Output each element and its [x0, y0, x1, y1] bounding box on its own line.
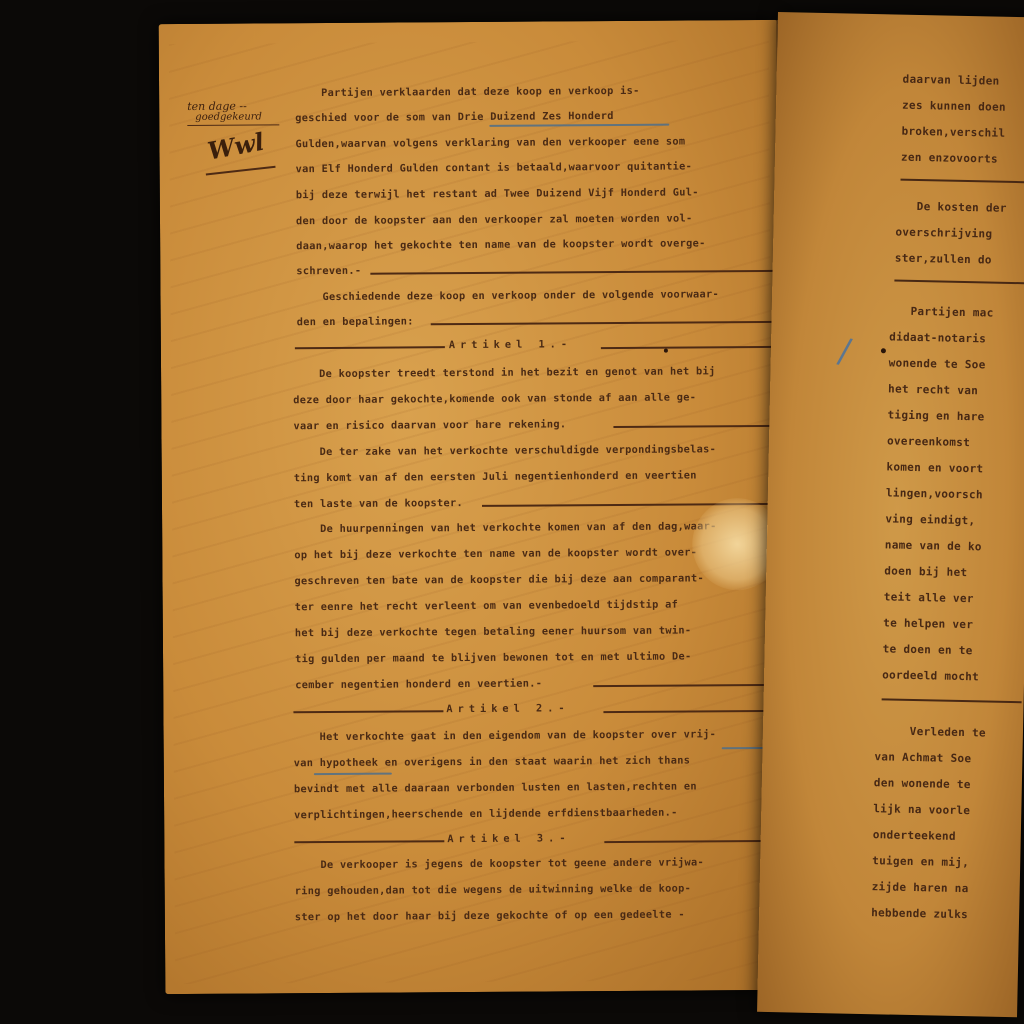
text-line: didaat-notaris	[889, 330, 986, 345]
text-line: teit alle ver	[884, 590, 974, 605]
text-line: te helpen ver	[883, 616, 973, 631]
text-line: cember negentien honderd en veertien.-	[295, 678, 542, 692]
text-line: tuigen en mij,	[872, 854, 969, 869]
text-line: Partijen mac	[890, 304, 994, 319]
text-line: wonende te Soe	[889, 356, 986, 371]
text-line: ster op het door haar bij deze gekochte …	[295, 909, 685, 924]
margin-initials-signature: Wwl	[205, 127, 266, 166]
text-line: overschrijving	[895, 226, 992, 241]
fill-rule	[431, 321, 776, 325]
text-line: het recht van	[888, 382, 978, 397]
heading-rule	[293, 710, 443, 713]
text-line: tig gulden per maand te blijven bewonen …	[295, 650, 692, 665]
text-line: onderteekend	[873, 828, 956, 843]
text-line: ring gehouden,dan tot die wegens de uitw…	[295, 882, 692, 897]
heading-rule	[294, 840, 444, 843]
ink-dot	[664, 349, 668, 353]
text-line: deze door haar gekochte,komende ook van …	[293, 391, 696, 406]
text-line: den wonende te	[874, 776, 971, 791]
fill-rule	[482, 503, 777, 507]
text-line: zes kunnen doen	[902, 99, 1006, 114]
blue-pencil-mark: /	[835, 331, 854, 372]
text-line: Partijen verklaarden dat deze koop en ve…	[295, 85, 640, 99]
text-line: den en bepalingen:	[297, 315, 414, 328]
fill-rule	[593, 684, 778, 687]
margin-note-underline	[187, 124, 279, 126]
text-line: lingen,voorsch	[886, 486, 983, 501]
text-line: schreven.-	[296, 265, 361, 277]
text-line: doen bij het	[884, 564, 967, 579]
text-line: De kosten der	[896, 200, 1007, 215]
text-line: ten laste van de koopster.	[294, 497, 463, 510]
text-line: De ter zake van het verkochte verschuldi…	[294, 443, 717, 458]
blue-pencil-underline	[722, 747, 764, 749]
fill-rule	[901, 179, 1024, 184]
text-line: broken,verschil	[901, 125, 1005, 140]
left-page: ten dage -- goedgekeurd Wwl Partijen ver…	[159, 20, 784, 994]
text-line: overeenkomst	[887, 434, 970, 449]
ink-dot	[881, 348, 886, 353]
article-1-heading: Artikel 1.-	[449, 338, 572, 351]
text-line: Gulden,waarvan volgens verklaring van de…	[295, 135, 685, 150]
text-line: ter eenre het recht verleent om van even…	[295, 599, 679, 614]
text-line: ving eindigt,	[885, 512, 975, 527]
text-line: te doen en te	[883, 642, 973, 657]
text-line: Geschiedende deze koop en verkoop onder …	[296, 288, 719, 303]
text-line: komen en voort	[886, 460, 983, 475]
text-line: den door de koopster aan den verkooper z…	[296, 212, 693, 227]
article-2-heading: Artikel 2.-	[446, 702, 569, 715]
text-line: De verkooper is jegens de koopster tot g…	[294, 856, 704, 871]
text-line: het bij deze verkochte tegen betaling ee…	[295, 624, 692, 639]
text-line: daarvan lijden	[902, 73, 999, 88]
text-line: vaar en risico daarvan voor hare rekenin…	[293, 418, 566, 432]
text-line: op het bij deze verkochte ten name van d…	[294, 546, 697, 561]
text-line: Verleden te	[889, 724, 986, 739]
heading-rule	[601, 346, 776, 349]
text-line: name van de ko	[885, 538, 982, 553]
text-line: hebbende zulks	[871, 906, 968, 921]
heading-rule	[603, 710, 778, 713]
text-line: geschied voor de som van Drie Duizend Ze…	[295, 110, 614, 124]
text-line: tiging en hare	[887, 408, 984, 423]
text-line: zen enzovoorts	[901, 151, 998, 166]
heading-rule	[604, 840, 779, 843]
text-line: verplichtingen,heerschende en lijdende e…	[294, 807, 678, 822]
text-line: daan,waarop het gekochte ten name van de…	[296, 237, 706, 252]
blue-pencil-underline	[314, 773, 392, 776]
fill-rule	[882, 698, 1022, 703]
article-3-heading: Artikel 3.-	[447, 832, 570, 845]
text-line: ting komt van af den eersten Juli negent…	[294, 469, 697, 484]
text-line: Het verkochte gaat in den eigendom van d…	[294, 728, 717, 743]
right-page: / daarvan lijden zes kunnen doen broken,…	[757, 12, 1024, 1017]
heading-rule	[295, 346, 445, 349]
blue-pencil-underline	[489, 124, 669, 127]
text-line: ster,zullen do	[895, 252, 992, 267]
text-line: zijde haren na	[872, 880, 969, 895]
text-line: bij deze terwijl het restant ad Twee Dui…	[296, 186, 699, 201]
signature-underline	[206, 166, 276, 175]
text-line: lijk na voorle	[873, 802, 970, 817]
text-line: van Elf Honderd Gulden contant is betaal…	[296, 160, 693, 175]
text-line: van hypotheek en overigens in den staat …	[294, 754, 691, 769]
fill-rule	[894, 279, 1024, 284]
text-line: De koopster treedt terstond in het bezit…	[293, 365, 716, 380]
text-line: oordeeld mocht	[882, 668, 979, 683]
fill-rule	[613, 425, 776, 428]
text-line: geschreven ten bate van de koopster die …	[294, 572, 704, 587]
fill-rule	[370, 270, 775, 274]
text-line: van Achmat Soe	[874, 750, 971, 765]
margin-note-line2: goedgekeurd	[195, 111, 262, 122]
text-line: De huurpenningen van het verkochte komen…	[294, 520, 717, 535]
text-line: bevindt met alle daaraan verbonden luste…	[294, 780, 697, 795]
